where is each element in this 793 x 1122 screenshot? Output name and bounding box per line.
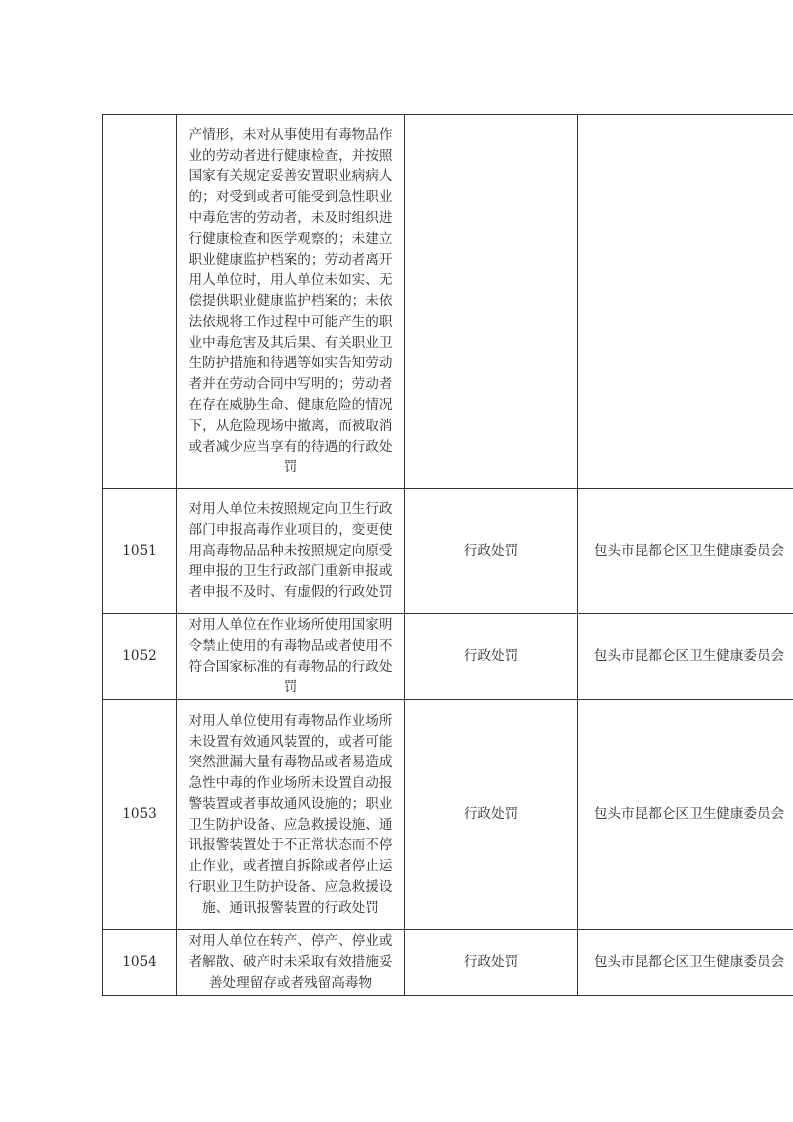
- item-number-cell: 1051: [103, 489, 177, 614]
- item-type-cell: 行政处罚: [405, 700, 578, 930]
- item-description-cell: 产情形，未对从事使用有毒物品作业的劳动者进行健康检查，并按照国家有关规定妥善安置…: [177, 115, 405, 489]
- table-row: 1051 对用人单位未按照规定向卫生行政部门申报高毒作业项目的，变更使用高毒物品…: [103, 489, 793, 614]
- table-row: 1053 对用人单位使用有毒物品作业场所未设置有效通风装置的，或者可能突然泄漏大…: [103, 700, 793, 930]
- item-number-cell: 1054: [103, 930, 177, 995]
- item-number-cell: [103, 115, 177, 489]
- item-description-cell: 对用人单位未按照规定向卫生行政部门申报高毒作业项目的，变更使用高毒物品品种未按照…: [177, 489, 405, 614]
- item-type-cell: 行政处罚: [405, 614, 578, 700]
- item-number-cell: 1053: [103, 700, 177, 930]
- item-type-cell: 行政处罚: [405, 930, 578, 995]
- penalty-items-table: 产情形，未对从事使用有毒物品作业的劳动者进行健康检查，并按照国家有关规定妥善安置…: [102, 114, 793, 996]
- item-org-cell: 包头市昆都仑区卫生健康委员会: [578, 614, 793, 700]
- item-description-cell: 对用人单位在作业场所使用国家明令禁止使用的有毒物品或者使用不符合国家标准的有毒物…: [177, 614, 405, 700]
- table-row: 1052 对用人单位在作业场所使用国家明令禁止使用的有毒物品或者使用不符合国家标…: [103, 614, 793, 700]
- item-org-cell: 包头市昆都仑区卫生健康委员会: [578, 930, 793, 995]
- item-org-cell: 包头市昆都仑区卫生健康委员会: [578, 489, 793, 614]
- item-type-cell: [405, 115, 578, 489]
- item-description-cell: 对用人单位在转产、停产、停业或者解散、破产时未采取有效措施妥善处理留存或者残留高…: [177, 930, 405, 995]
- item-description-cell: 对用人单位使用有毒物品作业场所未设置有效通风装置的，或者可能突然泄漏大量有毒物品…: [177, 700, 405, 930]
- item-org-cell: 包头市昆都仑区卫生健康委员会: [578, 700, 793, 930]
- table-row: 产情形，未对从事使用有毒物品作业的劳动者进行健康检查，并按照国家有关规定妥善安置…: [103, 115, 793, 489]
- table-row: 1054 对用人单位在转产、停产、停业或者解散、破产时未采取有效措施妥善处理留存…: [103, 930, 793, 995]
- item-type-cell: 行政处罚: [405, 489, 578, 614]
- item-org-cell: [578, 115, 793, 489]
- item-number-cell: 1052: [103, 614, 177, 700]
